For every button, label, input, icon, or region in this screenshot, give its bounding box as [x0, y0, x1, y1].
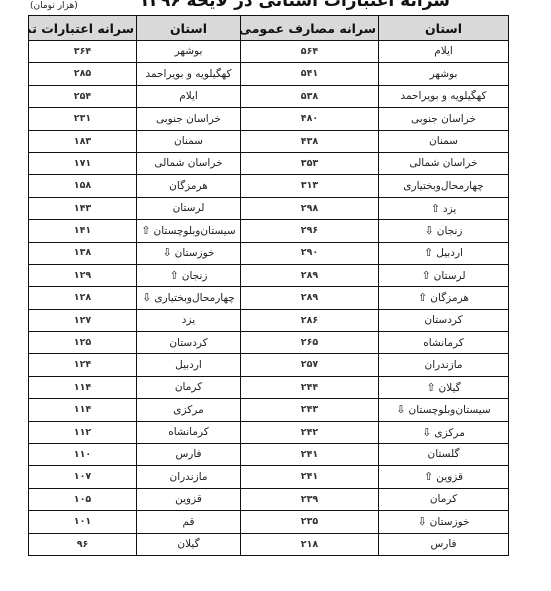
unit-label: (هزار تومان) [30, 0, 78, 12]
capital-per-capita-cell: ۳۶۴ [29, 41, 137, 63]
capital-province-cell: فارس [137, 444, 241, 466]
current-province-cell: اردبیل⇧ [379, 242, 509, 264]
current-per-capita-cell: ۲۸۹ [241, 287, 379, 309]
current-per-capita-cell: ۲۴۱ [241, 444, 379, 466]
capital-per-capita-cell: ۱۲۷ [29, 309, 137, 331]
current-per-capita-cell: ۵۳۸ [241, 85, 379, 107]
arrow-down-outline-icon: ⇩ [425, 225, 434, 236]
table-row: ۱۰۵قزوین۲۳۹کرمان [29, 488, 509, 510]
current-per-capita-cell: ۲۳۹ [241, 488, 379, 510]
capital-province-cell: اردبیل [137, 354, 241, 376]
province-name: گیلان [439, 382, 461, 394]
table-header-row: سرانه اعتبارات تملک استان سرانه مصارف عم… [29, 16, 509, 41]
table-row: ۱۴۱سیستان‌وبلوچستان⇧۲۹۶زنجان⇩ [29, 220, 509, 242]
arrow-up-outline-icon: ⇧ [426, 382, 435, 393]
province-name: خراسان جنوبی [411, 113, 476, 125]
current-per-capita-cell: ۲۸۹ [241, 264, 379, 286]
page-title: سرانه اعتبارات استانی در لایحه ۱۳۹۶ [150, 0, 450, 11]
table-row: ۱۱۴کرمان۲۴۴گیلان⇧ [29, 376, 509, 398]
capital-province-cell: قزوین [137, 488, 241, 510]
current-per-capita-cell: ۳۱۳ [241, 175, 379, 197]
capital-per-capita-cell: ۱۲۹ [29, 264, 137, 286]
capital-province-cell: کرمان [137, 376, 241, 398]
table-row: ۱۰۱قم۲۳۵خوزستان⇩ [29, 511, 509, 533]
province-name: گلستان [428, 448, 460, 460]
current-per-capita-cell: ۲۶۵ [241, 332, 379, 354]
capital-per-capita-cell: ۱۱۰ [29, 444, 137, 466]
capital-per-capita-cell: ۱۳۸ [29, 242, 137, 264]
capital-per-capita-cell: ۱۴۱ [29, 220, 137, 242]
province-name: سمنان [174, 135, 203, 147]
capital-per-capita-cell: ۲۵۴ [29, 85, 137, 107]
capital-province-cell: قم [137, 511, 241, 533]
capital-per-capita-cell: ۱۰۷ [29, 466, 137, 488]
province-name: کرمانشاه [423, 337, 464, 349]
arrow-down-outline-icon: ⇩ [417, 516, 426, 527]
province-name: ایلام [179, 90, 198, 102]
current-province-cell: سیستان‌وبلوچستان⇩ [379, 399, 509, 421]
province-name: هرمزگان [430, 292, 469, 304]
table-row: ۱۱۰فارس۲۴۱گلستان [29, 444, 509, 466]
capital-province-cell: خراسان جنوبی [137, 108, 241, 130]
province-name: کرمان [430, 493, 457, 505]
current-province-cell: ایلام [379, 41, 509, 63]
province-name: خراسان شمالی [154, 157, 222, 169]
column-header-current-per-capita: سرانه مصارف عمومی استان [241, 16, 379, 41]
arrow-up-outline-icon: ⇧ [418, 292, 427, 303]
capital-province-cell: خوزستان⇩ [137, 242, 241, 264]
capital-per-capita-cell: ۱۴۳ [29, 197, 137, 219]
table-row: ۹۶گیلان۲۱۸فارس [29, 533, 509, 555]
current-province-cell: زنجان⇩ [379, 220, 509, 242]
table-row: ۱۰۷مازندران۲۴۱قزوین⇧ [29, 466, 509, 488]
current-province-cell: کرمان [379, 488, 509, 510]
capital-province-cell: هرمزگان [137, 175, 241, 197]
arrow-down-outline-icon: ⇩ [396, 404, 405, 415]
province-name: کرمانشاه [168, 426, 209, 438]
arrow-up-outline-icon: ⇧ [170, 270, 179, 281]
current-province-cell: گلستان [379, 444, 509, 466]
table-row: ۲۸۵کهگیلویه و بویراحمد۵۴۱بوشهر [29, 63, 509, 85]
table-row: ۱۷۱خراسان شمالی۳۵۳خراسان شمالی [29, 152, 509, 174]
province-name: کهگیلویه و بویراحمد [400, 90, 486, 102]
arrow-up-outline-icon: ⇧ [421, 270, 430, 281]
current-per-capita-cell: ۲۸۶ [241, 309, 379, 331]
current-per-capita-cell: ۳۵۳ [241, 152, 379, 174]
arrow-up-outline-icon: ⇧ [424, 247, 433, 258]
capital-province-cell: سیستان‌وبلوچستان⇧ [137, 220, 241, 242]
province-name: مرکزی [173, 404, 203, 416]
province-name: قم [182, 516, 194, 528]
capital-province-cell: چهارمحال‌وبختیاری⇩ [137, 287, 241, 309]
capital-per-capita-cell: ۲۸۵ [29, 63, 137, 85]
current-per-capita-cell: ۲۵۷ [241, 354, 379, 376]
arrow-down-outline-icon: ⇩ [162, 247, 171, 258]
province-name: قزوین [436, 471, 463, 483]
current-province-cell: کردستان [379, 309, 509, 331]
province-name: اردبیل [436, 247, 463, 259]
province-name: یزد [182, 314, 195, 326]
province-name: بوشهر [175, 45, 203, 57]
arrow-down-outline-icon: ⇩ [142, 292, 151, 303]
column-header-current-province: استان [379, 16, 509, 41]
current-province-cell: خراسان شمالی [379, 152, 509, 174]
province-name: مازندران [424, 359, 462, 371]
capital-province-cell: کرمانشاه [137, 421, 241, 443]
province-name: فارس [430, 538, 456, 550]
table-row: ۱۴۳لرستان۲۹۸یزد⇧ [29, 197, 509, 219]
capital-province-cell: کردستان [137, 332, 241, 354]
province-name: خراسان جنوبی [156, 113, 221, 125]
arrow-up-outline-icon: ⇧ [141, 225, 150, 236]
capital-per-capita-cell: ۱۲۴ [29, 354, 137, 376]
province-name: زنجان [437, 225, 463, 237]
current-province-cell: گیلان⇧ [379, 376, 509, 398]
table-body: ۳۶۴بوشهر۵۶۴ایلام۲۸۵کهگیلویه و بویراحمد۵۴… [29, 41, 509, 556]
column-header-capital-province: استان [137, 16, 241, 41]
arrow-down-outline-icon: ⇩ [422, 427, 431, 438]
capital-per-capita-cell: ۱۲۸ [29, 287, 137, 309]
capital-per-capita-cell: ۱۵۸ [29, 175, 137, 197]
current-per-capita-cell: ۲۱۸ [241, 533, 379, 555]
current-province-cell: هرمزگان⇧ [379, 287, 509, 309]
current-province-cell: سمنان [379, 130, 509, 152]
province-name: چهارمحال‌وبختیاری [403, 180, 483, 192]
capital-province-cell: مازندران [137, 466, 241, 488]
province-name: خراسان شمالی [409, 157, 477, 169]
current-province-cell: کرمانشاه [379, 332, 509, 354]
capital-province-cell: ایلام [137, 85, 241, 107]
table-row: ۱۲۵کردستان۲۶۵کرمانشاه [29, 332, 509, 354]
province-name: کرمان [175, 381, 202, 393]
province-name: سمنان [429, 135, 458, 147]
table-row: ۱۱۲کرمانشاه۲۴۲مرکزی⇩ [29, 421, 509, 443]
current-per-capita-cell: ۲۴۱ [241, 466, 379, 488]
current-per-capita-cell: ۵۶۴ [241, 41, 379, 63]
budget-table: سرانه اعتبارات تملک استان سرانه مصارف عم… [28, 15, 509, 556]
province-name: قزوین [175, 493, 202, 505]
current-province-cell: خراسان جنوبی [379, 108, 509, 130]
table-row: ۱۸۳سمنان۴۳۸سمنان [29, 130, 509, 152]
current-per-capita-cell: ۴۸۰ [241, 108, 379, 130]
current-province-cell: مازندران [379, 354, 509, 376]
table-row: ۱۱۴مرکزی۲۴۳سیستان‌وبلوچستان⇩ [29, 399, 509, 421]
capital-province-cell: لرستان [137, 197, 241, 219]
capital-per-capita-cell: ۱۰۱ [29, 511, 137, 533]
table-row: ۲۳۱خراسان جنوبی۴۸۰خراسان جنوبی [29, 108, 509, 130]
table-row: ۱۲۴اردبیل۲۵۷مازندران [29, 354, 509, 376]
province-name: مرکزی [434, 427, 464, 439]
province-name: لرستان [434, 270, 466, 282]
capital-per-capita-cell: ۱۷۱ [29, 152, 137, 174]
table-row: ۲۵۴ایلام۵۳۸کهگیلویه و بویراحمد [29, 85, 509, 107]
current-per-capita-cell: ۴۳۸ [241, 130, 379, 152]
table-row: ۱۲۹زنجان⇧۲۸۹لرستان⇧ [29, 264, 509, 286]
current-province-cell: مرکزی⇩ [379, 421, 509, 443]
current-per-capita-cell: ۲۹۰ [241, 242, 379, 264]
province-name: اردبیل [175, 359, 202, 371]
province-name: زنجان [182, 270, 208, 282]
province-name: گیلان [177, 538, 199, 550]
table-row: ۱۲۸چهارمحال‌وبختیاری⇩۲۸۹هرمزگان⇧ [29, 287, 509, 309]
current-province-cell: لرستان⇧ [379, 264, 509, 286]
province-name: سیستان‌وبلوچستان [153, 225, 235, 237]
province-name: خوزستان [175, 247, 215, 259]
province-name: کردستان [169, 337, 207, 349]
table-row: ۱۲۷یزد۲۸۶کردستان [29, 309, 509, 331]
current-province-cell: یزد⇧ [379, 197, 509, 219]
current-per-capita-cell: ۲۴۲ [241, 421, 379, 443]
current-province-cell: کهگیلویه و بویراحمد [379, 85, 509, 107]
capital-province-cell: سمنان [137, 130, 241, 152]
province-name: بوشهر [430, 68, 458, 80]
arrow-up-outline-icon: ⇧ [424, 471, 433, 482]
capital-per-capita-cell: ۱۱۴ [29, 376, 137, 398]
current-province-cell: فارس [379, 533, 509, 555]
current-province-cell: قزوین⇧ [379, 466, 509, 488]
current-province-cell: بوشهر [379, 63, 509, 85]
table-row: ۱۳۸خوزستان⇩۲۹۰اردبیل⇧ [29, 242, 509, 264]
capital-province-cell: زنجان⇧ [137, 264, 241, 286]
current-province-cell: خوزستان⇩ [379, 511, 509, 533]
column-header-capital-per-capita: سرانه اعتبارات تملک [29, 16, 137, 41]
province-name: ایلام [434, 45, 453, 57]
current-per-capita-cell: ۲۹۶ [241, 220, 379, 242]
province-name: فارس [175, 448, 201, 460]
capital-per-capita-cell: ۱۲۵ [29, 332, 137, 354]
capital-per-capita-cell: ۱۱۴ [29, 399, 137, 421]
capital-province-cell: گیلان [137, 533, 241, 555]
capital-per-capita-cell: ۱۰۵ [29, 488, 137, 510]
capital-per-capita-cell: ۲۳۱ [29, 108, 137, 130]
capital-province-cell: کهگیلویه و بویراحمد [137, 63, 241, 85]
province-name: مازندران [169, 471, 207, 483]
province-name: یزد [443, 203, 456, 215]
current-per-capita-cell: ۵۴۱ [241, 63, 379, 85]
province-name: چهارمحال‌وبختیاری [154, 292, 234, 304]
current-per-capita-cell: ۲۴۳ [241, 399, 379, 421]
current-per-capita-cell: ۲۴۴ [241, 376, 379, 398]
capital-province-cell: بوشهر [137, 41, 241, 63]
capital-per-capita-cell: ۹۶ [29, 533, 137, 555]
capital-province-cell: یزد [137, 309, 241, 331]
capital-per-capita-cell: ۱۸۳ [29, 130, 137, 152]
current-per-capita-cell: ۲۳۵ [241, 511, 379, 533]
province-name: سیستان‌وبلوچستان [408, 404, 490, 416]
province-name: لرستان [173, 202, 205, 214]
capital-province-cell: مرکزی [137, 399, 241, 421]
province-name: کردستان [424, 314, 462, 326]
table-row: ۱۵۸هرمزگان۳۱۳چهارمحال‌وبختیاری [29, 175, 509, 197]
current-province-cell: چهارمحال‌وبختیاری [379, 175, 509, 197]
capital-province-cell: خراسان شمالی [137, 152, 241, 174]
current-per-capita-cell: ۲۹۸ [241, 197, 379, 219]
province-name: کهگیلویه و بویراحمد [145, 68, 231, 80]
arrow-up-outline-icon: ⇧ [431, 203, 440, 214]
table-row: ۳۶۴بوشهر۵۶۴ایلام [29, 41, 509, 63]
province-name: خوزستان [430, 516, 470, 528]
capital-per-capita-cell: ۱۱۲ [29, 421, 137, 443]
province-name: هرمزگان [169, 180, 208, 192]
